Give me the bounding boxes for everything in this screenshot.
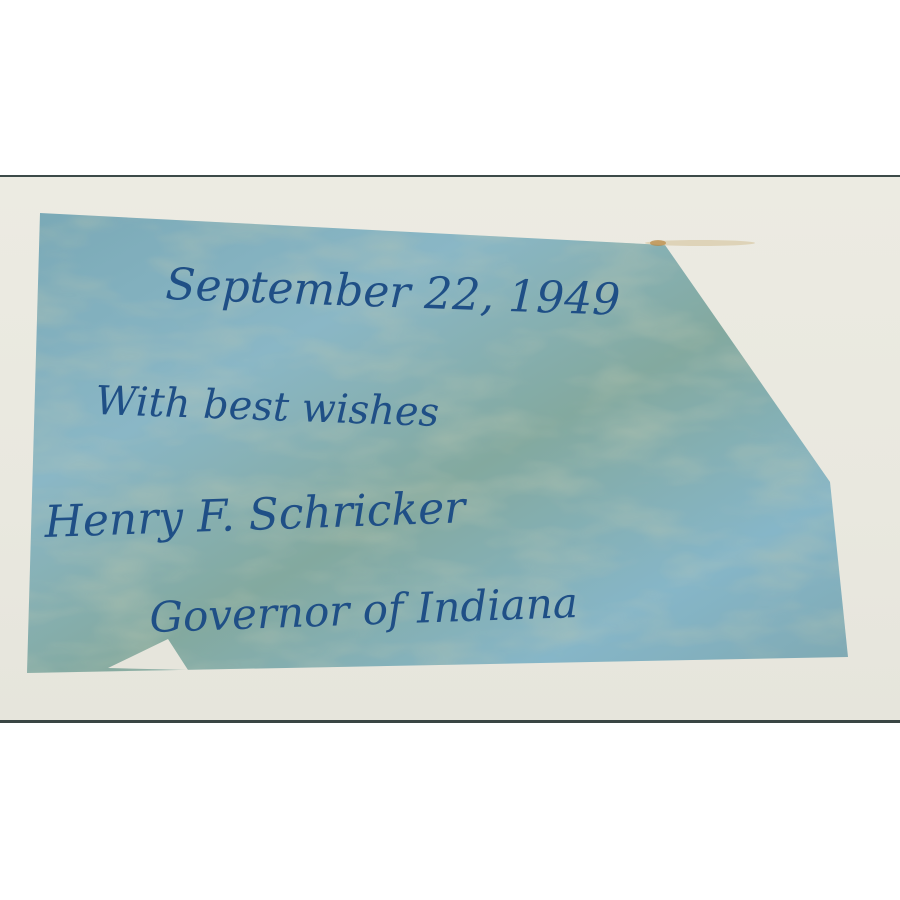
- mounting-card: September 22, 1949 With best wishes Henr…: [0, 175, 900, 723]
- autograph-clipping: September 22, 1949 With best wishes Henr…: [0, 177, 900, 725]
